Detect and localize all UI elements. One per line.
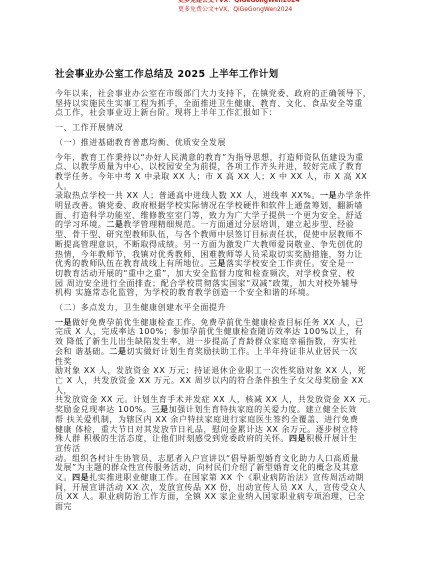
text-run: 切实做好计划生育奖励扶助工作。上半年持证非从业居民一次 性奖 励对象 XX 人，…	[55, 347, 376, 414]
text-run: （一）推进基础教育普惠均衡、优质安全发展	[55, 138, 226, 147]
doc-heading2: （二）多点发力，卫生健康创建水平全面提升	[55, 303, 397, 313]
document-title: 社会事业办公室工作总结及 2025 上半年工作计划	[55, 66, 397, 80]
bold-run: 二是	[109, 347, 126, 356]
bold-run: 三是	[152, 405, 169, 414]
bold-run: 一是	[320, 191, 337, 200]
document-page: 社会事业办公室工作总结及 2025 上半年工作计划 今年以来，社会事业办公室在市…	[55, 66, 397, 516]
text-run: 扎实推进职业健康工作。在国家第 XX 个《职业病防治法》宣传周活动期 间，开展宣…	[55, 473, 366, 511]
bold-run: 二是	[106, 220, 123, 229]
doc-paragraph: 一是做好免费孕前优生健康检查工作。免费孕前优生健康检查目标任务 XX 人，已 完…	[55, 318, 397, 512]
text-run: 一、工作开展情况	[55, 123, 123, 132]
doc-heading1: 一、工作开展情况	[55, 123, 397, 133]
doc-blocks: 今年以来，社会事业办公室在市级部门大力支持下，在镇党委、政府的正确领导下， 坚持…	[55, 89, 397, 512]
text-run: 今年以来，社会事业办公室在市级部门大力支持下，在镇党委、政府的正确领导下， 坚持…	[55, 89, 371, 117]
text-run: （二）多点发力，卫生健康创建水平全面提升	[55, 303, 226, 312]
doc-paragraph: 今年，教育工作秉持以“办好人民满意的教育”为指导思想，打造师资队伍建设为重 点、…	[55, 153, 397, 299]
bold-run: 三是	[209, 259, 226, 268]
watermark: 更多党建公文+VX：QiGeGongWen2024 更多免费公文+VX，QiGe…	[178, 0, 300, 14]
doc-heading2: （一）推进基础教育普惠均衡、优质安全发展	[55, 138, 397, 148]
bold-run: 一是	[55, 318, 72, 327]
bold-run: 四是	[72, 473, 89, 482]
bold-run: 四是	[289, 434, 306, 443]
doc-paragraph: 今年以来，社会事业办公室在市级部门大力支持下，在镇党委、政府的正确领导下， 坚持…	[55, 89, 397, 118]
watermark-line-2: 更多免费公文+VX，QiGeGongWen2024	[178, 5, 300, 14]
